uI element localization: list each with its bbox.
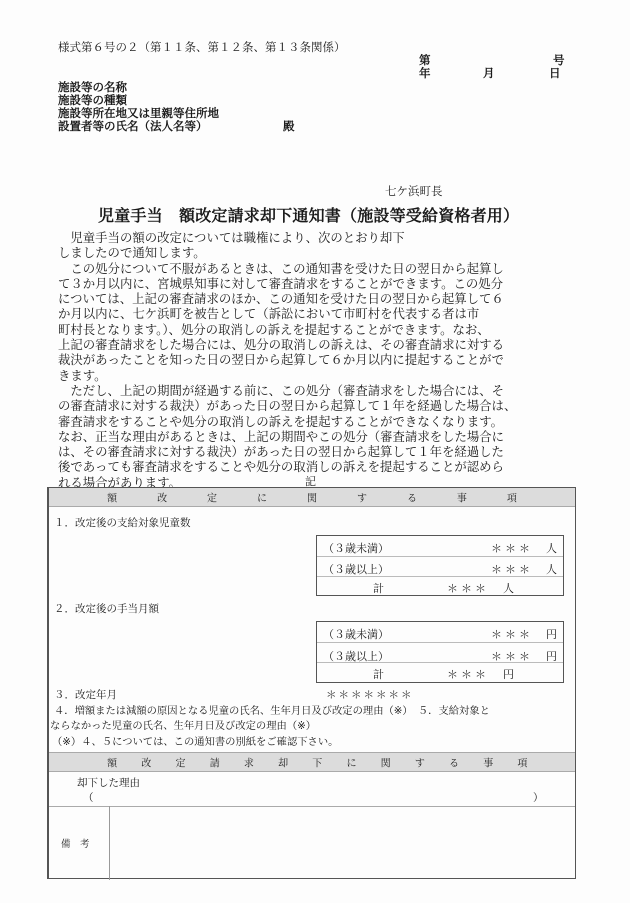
body-line: 上記の審査請求をした場合には、処分の取消しの訴えは、その審査請求に対する [58, 337, 568, 352]
body-line: しましたので通知します。 [58, 245, 568, 260]
body-line: か月以内に、七ケ浜町を被告として（訴訟において市町村を代表する者は市 [58, 306, 568, 321]
honorific: 殿 [283, 120, 295, 133]
reason-paren-close: ） [533, 790, 544, 805]
band-char: に [257, 490, 267, 505]
band-char: 関 [307, 490, 317, 505]
body-line: なお、正当な理由があるときは、上記の期間やこの処分（審査請求をした場合に [58, 429, 568, 444]
children-row-over3: （３歳以上） ＊＊＊ 人 [317, 556, 563, 577]
band-char: 事 [483, 755, 493, 770]
band-char: る [407, 490, 417, 505]
body-line: この処分について不服があるときは、この通知書を受けた日の翌日から起算し [58, 261, 568, 276]
monthly-amount-table: （３歳未満） ＊＊＊ 円 （３歳以上） ＊＊＊ 円 計 ＊＊＊ 円 [316, 621, 564, 683]
date-day: 日 [549, 67, 561, 80]
reason-paren-open: （ [83, 790, 94, 805]
body-line: の審査請求に対する裁決）があった日の翌日から起算して１年を経過した場合は、 [58, 398, 568, 413]
amount-row-over3: （３歳以上） ＊＊＊ 円 [317, 642, 563, 663]
item4-line2: ならなかった児童の氏名、生年月日及び改定の理由（※） [50, 717, 316, 732]
body-line: ただし、上記の期間が経過する前に、この処分（審査請求をした場合には、そ [58, 383, 568, 398]
item4-line1: ４．増額または減額の原因となる児童の氏名、生年月日及び改定の理由（※） ５．支給… [54, 702, 490, 717]
date-year: 年 [419, 67, 431, 80]
body-line: については、上記の審査請求のほか、この通知を受けた日の翌日から起算して６ [58, 291, 568, 306]
note-text: （※）４、５については、この通知書の別紙をご確認下さい。 [52, 733, 338, 748]
issuer: 七ケ浜町長 [385, 183, 443, 199]
page-title: 児童手当 額改定請求却下通知書（施設等受給資格者用） [98, 203, 519, 226]
band-char: 定 [176, 755, 186, 770]
band-char: る [449, 755, 459, 770]
band-char: 項 [517, 755, 527, 770]
band-char: 改 [141, 755, 151, 770]
recipient-founder-name: 設置者等の氏名（法人名等） [58, 120, 208, 133]
band-char: す [415, 755, 425, 770]
body-line: 児童手当の額の改定については職権により、次のとおり却下 [58, 230, 568, 245]
item3-value: ＊＊＊＊＊＊＊ [326, 687, 414, 702]
body-line: 裁決があったことを知った日の翌日から起算して６か月以内に提起することがで [58, 352, 568, 367]
band-char: に [346, 755, 356, 770]
band-char: 関 [381, 755, 391, 770]
band-char: 額 [107, 755, 117, 770]
band-char: 定 [207, 490, 217, 505]
band-char: 請 [210, 755, 220, 770]
band-char: 項 [507, 490, 517, 505]
section2-header: 額 改 定 請 求 却 下 に 関 す る 事 項 [49, 752, 575, 772]
band-char: 却 [278, 755, 288, 770]
reason-field[interactable] [109, 788, 529, 802]
divider [49, 806, 575, 807]
body-line: きます。 [58, 368, 568, 383]
date-month: 月 [483, 67, 495, 80]
band-char: 額 [107, 490, 117, 505]
body-text: 児童手当の額の改定については職権により、次のとおり却下 しましたので通知します。… [58, 230, 568, 490]
children-count-table: （３歳未満） ＊＊＊ 人 （３歳以上） ＊＊＊ 人 計 ＊＊＊ 人 [316, 535, 564, 596]
amount-row-total: 計 ＊＊＊ 円 [317, 662, 563, 683]
body-line: 審査請求をすることや処分の取消しの訴えを提起することができなくなります。 [58, 414, 568, 429]
remarks-field[interactable] [111, 808, 573, 876]
band-char: 下 [312, 755, 322, 770]
details-table: 額 改 定 に 関 す る 事 項 １．改定後の支給対象児童数 （３歳未満） ＊… [47, 487, 576, 879]
children-row-under3: （３歳未満） ＊＊＊ 人 [317, 536, 563, 556]
band-char: 事 [457, 490, 467, 505]
body-line: て３か月以内に、宮城県知事に対して審査請求をすることができます。この処分 [58, 276, 568, 291]
body-line: は、その審査請求に対する裁決）があった日の翌日から起算して１年を経過した [58, 444, 568, 459]
children-row-total: 計 ＊＊＊ 人 [317, 576, 563, 597]
item1-label: １．改定後の支給対象児童数 [54, 515, 191, 530]
body-line: 町村長となります。）、処分の取消しの訴えを提起することができます。なお、 [58, 322, 568, 337]
section1-header: 額 改 定 に 関 す る 事 項 [49, 488, 575, 507]
band-char: す [357, 490, 367, 505]
form-number: 様式第６号の２（第１１条、第１２条、第１３条関係） [58, 41, 346, 54]
band-char: 求 [244, 755, 254, 770]
remarks-label: 備 考 [61, 836, 90, 850]
remarks-divider [109, 806, 110, 880]
amount-row-under3: （３歳未満） ＊＊＊ 円 [317, 622, 563, 642]
band-char: 改 [157, 490, 167, 505]
item3-label: ３．改定年月 [54, 687, 117, 702]
item2-label: ２．改定後の手当月額 [54, 601, 159, 616]
